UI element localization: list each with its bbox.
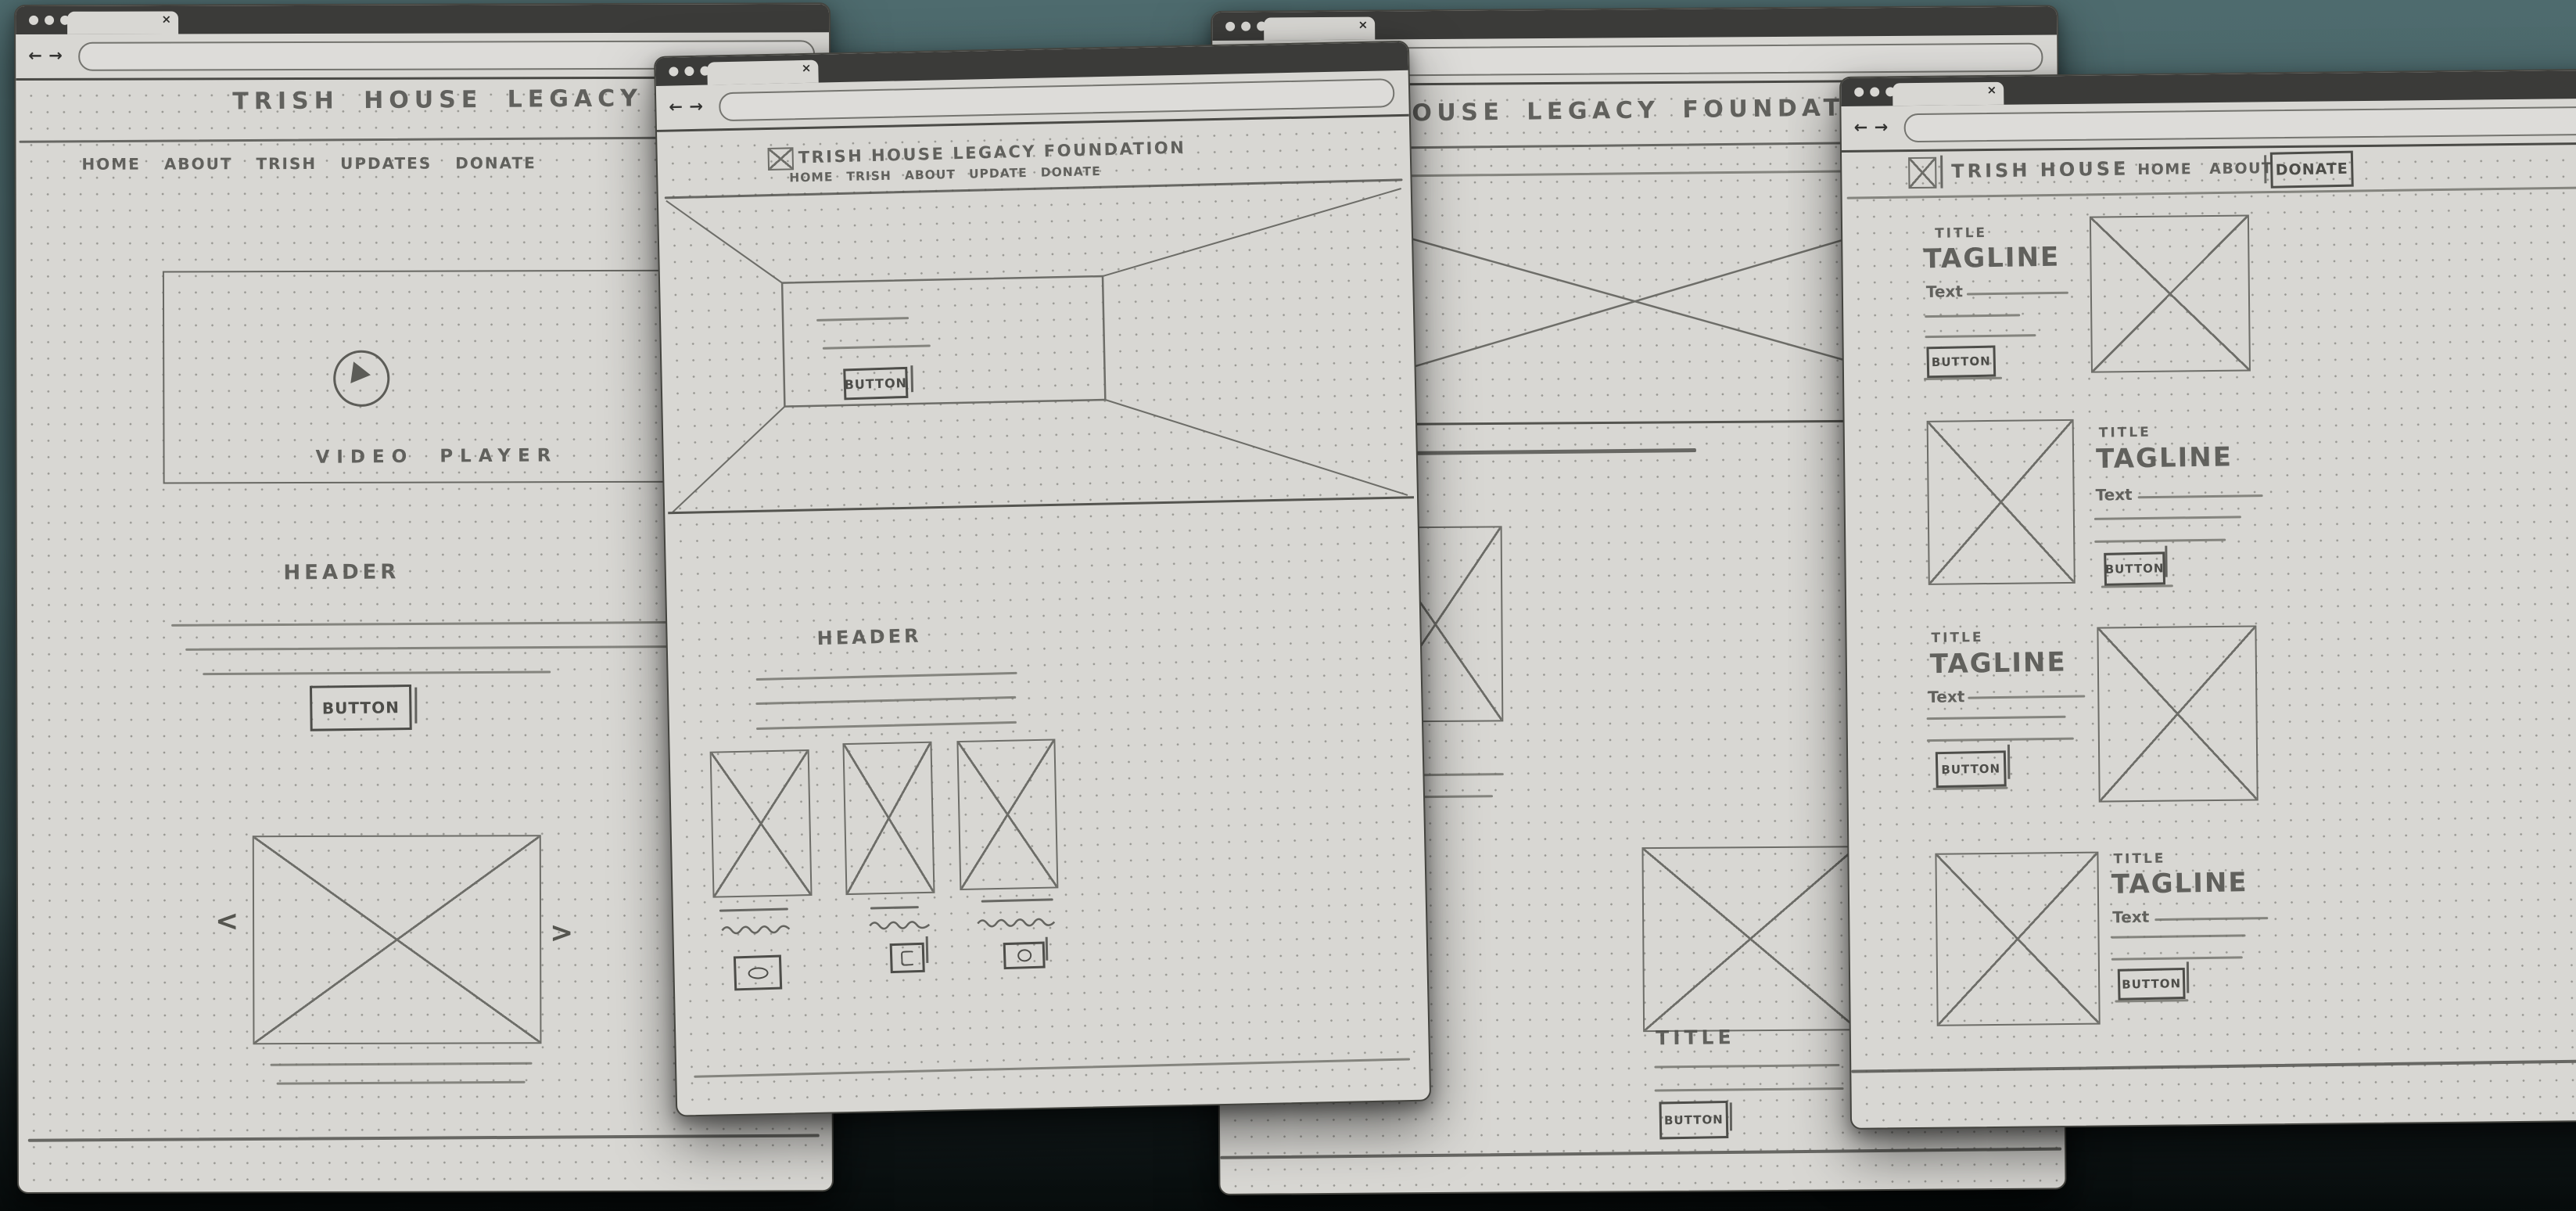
card-text-squiggle — [976, 913, 1057, 929]
window-controls[interactable] — [29, 16, 70, 25]
row-title: TITLE — [1935, 225, 1987, 242]
card-title: TITLE — [1656, 1026, 1735, 1049]
nav-item-donate[interactable]: DONATE — [1041, 164, 1101, 180]
window-controls[interactable] — [1225, 22, 1266, 31]
url-bar[interactable] — [1903, 106, 2576, 142]
video-player-label: VIDEO PLAYER — [163, 444, 710, 469]
nav-item-home[interactable]: HOME — [82, 155, 141, 174]
row-button[interactable]: BUTTON — [1926, 345, 1996, 378]
browser-tab[interactable]: × — [1893, 82, 2004, 106]
traffic-dot[interactable] — [1241, 22, 1250, 31]
donate-button[interactable]: DONATE — [2270, 151, 2354, 189]
wireframe-window-tunnel: × ← → TRISH HOUSE LEGACY FOUNDATION HOME… — [654, 41, 1431, 1117]
card-text-squiggle — [868, 916, 934, 932]
logo-icon — [767, 147, 794, 171]
circle-icon — [1017, 949, 1031, 962]
nav-separator — [2264, 155, 2266, 183]
play-triangle-icon — [350, 361, 372, 386]
row-tagline: TAGLINE — [1923, 242, 2060, 275]
back-icon[interactable]: ← — [1854, 118, 1868, 137]
nav-item-donate[interactable]: DONATE — [455, 153, 536, 172]
nav-item-home[interactable]: HOME — [789, 170, 834, 185]
row-text-label: Text — [1926, 282, 1963, 301]
perspective-hero-placeholder — [658, 182, 1417, 516]
nav-item-about[interactable]: ABOUT — [905, 167, 956, 182]
row-tagline: TAGLINE — [2111, 867, 2248, 900]
traffic-dot[interactable] — [45, 16, 54, 25]
cursor-stroke — [2187, 961, 2189, 993]
close-icon[interactable]: × — [161, 13, 171, 25]
oval-icon — [748, 967, 768, 979]
forward-icon[interactable]: → — [689, 97, 703, 116]
row-tagline: TAGLINE — [1930, 647, 2067, 681]
row-button-label: BUTTON — [1932, 354, 1991, 370]
row-button[interactable]: BUTTON — [2118, 968, 2186, 1001]
nav-item-home[interactable]: HOME — [2137, 160, 2192, 178]
cursor-stroke — [2165, 546, 2167, 577]
row-text-label: Text — [2095, 485, 2132, 505]
back-icon[interactable]: ← — [669, 97, 683, 116]
card-icon-button[interactable] — [890, 943, 925, 973]
cursor-stroke — [1046, 937, 1049, 961]
nav-item-about[interactable]: ABOUT — [164, 154, 233, 173]
logo-separator — [1940, 156, 1943, 189]
cta-button[interactable]: BUTTON — [1659, 1101, 1729, 1140]
card-image-placeholder — [842, 742, 935, 895]
row-button[interactable]: BUTTON — [2104, 552, 2165, 586]
traffic-dot[interactable] — [29, 16, 38, 25]
row-button-label: BUTTON — [2105, 561, 2165, 577]
traffic-dot[interactable] — [1870, 87, 1879, 96]
row-title: TITLE — [2099, 425, 2151, 441]
traffic-dot[interactable] — [669, 66, 678, 76]
row-image-placeholder — [2097, 625, 2258, 802]
nav-item-updates[interactable]: UPDATES — [340, 154, 432, 173]
card-icon-button[interactable] — [1003, 942, 1046, 970]
cta-button[interactable]: BUTTON — [310, 685, 412, 731]
nav-item-trish[interactable]: TRISH — [256, 154, 317, 173]
row-button-label: BUTTON — [2122, 976, 2181, 992]
donate-button-label: DONATE — [2276, 160, 2348, 179]
cursor-stroke — [1730, 1102, 1732, 1130]
hero-button-label: BUTTON — [844, 375, 907, 392]
traffic-dot[interactable] — [684, 66, 694, 76]
card-text-squiggle — [720, 920, 794, 936]
cursor-stroke — [2007, 745, 2010, 779]
nav-menu: HOME ABOUT TRISH UPDATES DONATE — [82, 153, 536, 174]
browser-tab[interactable]: × — [707, 60, 819, 85]
forward-icon[interactable]: → — [48, 46, 63, 65]
browser-tab[interactable]: × — [67, 11, 178, 34]
card-icon-button[interactable] — [734, 955, 782, 991]
carousel-next-icon[interactable]: > — [550, 917, 573, 949]
row-button[interactable]: BUTTON — [1936, 750, 2007, 788]
card-image-placeholder — [956, 738, 1058, 890]
wireframe-window-rows: × ← → TRISH HOUSE HOME ABOUT DONATE TITL… — [1839, 68, 2576, 1129]
back-icon[interactable]: ← — [28, 46, 42, 65]
traffic-dot[interactable] — [1225, 22, 1235, 31]
card-image-placeholder — [710, 749, 813, 898]
image-placeholder — [1641, 846, 1859, 1032]
logo-icon — [1908, 157, 1936, 189]
glyph-icon — [900, 950, 914, 966]
row-text-label: Text — [1928, 687, 1964, 706]
close-icon[interactable]: × — [802, 63, 812, 74]
close-icon[interactable]: × — [1358, 20, 1369, 31]
browser-toolbar: ← → — [1841, 99, 2576, 153]
row-title: TITLE — [2113, 851, 2165, 868]
close-icon[interactable]: × — [1987, 84, 1997, 96]
row-image-placeholder — [2090, 215, 2251, 373]
browser-titlebar: × — [16, 4, 829, 34]
nav-menu: HOME ABOUT — [2137, 160, 2273, 178]
row-image-placeholder — [1935, 852, 2100, 1026]
row-text-label: Text — [2112, 907, 2149, 927]
window-controls[interactable] — [669, 66, 709, 77]
row-tagline: TAGLINE — [2096, 441, 2233, 475]
cta-button-label: BUTTON — [322, 698, 400, 717]
row-button-label: BUTTON — [1941, 761, 2000, 777]
row-title: TITLE — [1931, 630, 1983, 646]
carousel-image-placeholder — [253, 835, 542, 1044]
row-image-placeholder — [1927, 419, 2076, 585]
traffic-dot[interactable] — [1854, 88, 1864, 97]
carousel-prev-icon[interactable]: < — [215, 905, 239, 937]
url-bar[interactable] — [719, 78, 1395, 121]
brand-title: TRISH HOUSE — [1951, 158, 2129, 183]
browser-tab[interactable]: × — [1264, 17, 1375, 41]
cta-button-label: BUTTON — [1664, 1112, 1724, 1127]
nav-item-update[interactable]: UPDATE — [969, 166, 1028, 181]
cursor-stroke — [414, 688, 417, 724]
hero-button[interactable]: BUTTON — [843, 367, 908, 401]
forward-icon[interactable]: → — [1875, 117, 1889, 136]
nav-item-trish[interactable]: TRISH — [846, 169, 892, 184]
window-controls[interactable] — [1854, 87, 1895, 97]
